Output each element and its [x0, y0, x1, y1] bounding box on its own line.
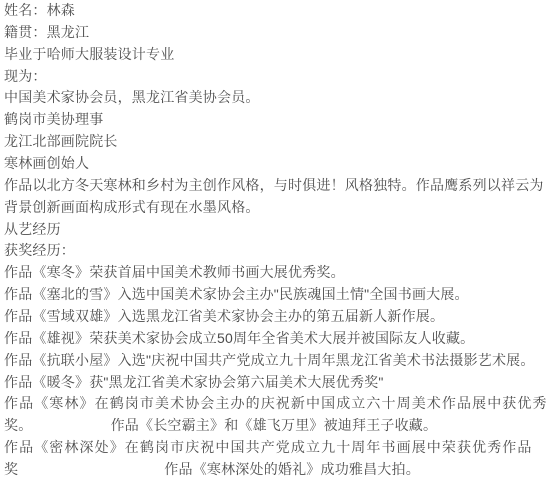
award-line-kanglian: 作品《抗联小屋》入选"庆祝中国共产党成立九十周年黑龙江省美术书法摄影艺术展。	[4, 350, 550, 372]
award-line-saibei: 作品《塞北的雪》入选中国美术家协会主办"民族魂国土情"全国书画大展。	[4, 284, 550, 306]
awards-heading: 获奖经历：	[4, 240, 550, 262]
role-hegang-line: 鹤岗市美协理事	[4, 109, 550, 131]
award-line-handong: 作品《寒冬》荣获首届中国美术教师书画大展优秀奖。	[4, 262, 550, 284]
profile-text-block: 姓名：林森 籍贯：黑龙江 毕业于哈师大服装设计专业 现为： 中国美术家协会员，黑…	[0, 0, 550, 481]
education-line: 毕业于哈师大服装设计专业	[4, 44, 550, 66]
artist-profile-document: 姓名：林森 籍贯：黑龙江 毕业于哈师大服装设计专业 现为： 中国美术家协会员，黑…	[0, 0, 550, 481]
award-line-hanlin-2: 奖。 作品《长空霸主》和《雄飞万里》被迪拜王子收藏。	[4, 415, 550, 437]
style-description-line-2: 背景创新画面构成形式有现在水墨风格。	[4, 197, 550, 219]
origin-line: 籍贯：黑龙江	[4, 22, 550, 44]
role-academy-line: 龙江北部画院院长	[4, 131, 550, 153]
award-line-milin-1: 作品《密林深处》在鹤岗市庆祝中国共产党成立九十周年书画展中荣获优秀作品	[4, 437, 550, 459]
award-line-milin-2: 奖 作品《寒林深处的婚礼》成功雅昌大拍。	[4, 459, 550, 481]
role-founder-line: 寒林画创始人	[4, 153, 550, 175]
award-line-hanlin-1: 作品《寒林》在鹤岗市美术协会主办的庆祝新中国成立六十周美术作品展中获优秀	[4, 393, 550, 415]
membership-line: 中国美术家协会员，黑龙江省美协会员。	[4, 87, 550, 109]
current-roles-heading: 现为：	[4, 66, 550, 88]
award-line-xiongshi: 作品《雄视》荣获美术家协会成立50周年全省美术大展并被国际友人收藏。	[4, 328, 550, 350]
career-heading: 从艺经历	[4, 219, 550, 241]
award-line-xueyu: 作品《雪域双雄》入选黑龙江省美术家协会主办的第五届新人新作展。	[4, 306, 550, 328]
style-description-line-1: 作品以北方冬天寒林和乡村为主创作风格，与时俱进！风格独特。作品鹰系列以祥云为	[4, 175, 550, 197]
name-line: 姓名：林森	[4, 0, 550, 22]
award-line-nuandong: 作品《暖冬》获"黑龙江省美术家协会第六届美术大展优秀奖"	[4, 372, 550, 394]
